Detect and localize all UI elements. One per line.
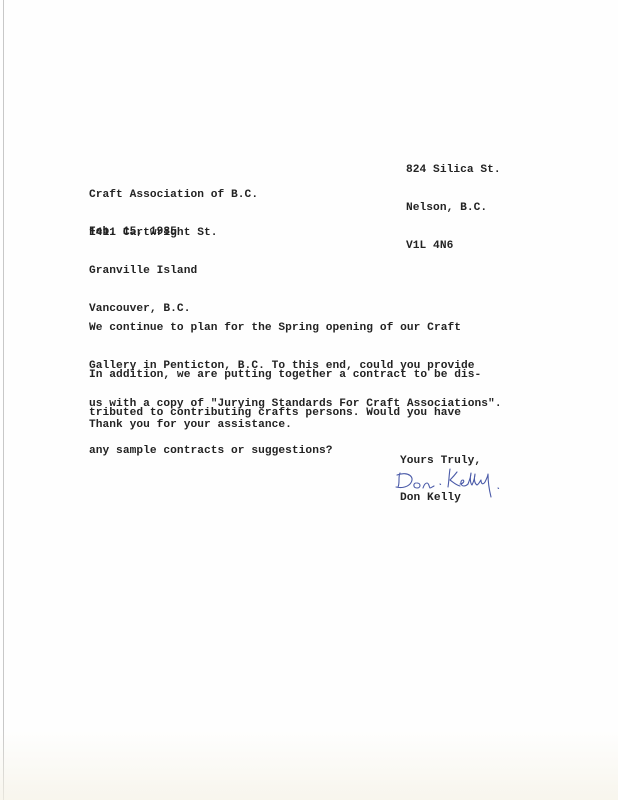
letter-page: 824 Silica St. Nelson, B.C. V1L 4N6 Craf…	[0, 0, 618, 800]
body-line: We continue to plan for the Spring openi…	[89, 322, 502, 335]
body-line: In addition, we are putting together a c…	[89, 369, 481, 382]
body-paragraph: Thank you for your assistance.	[89, 394, 292, 457]
sender-address: 824 Silica St. Nelson, B.C. V1L 4N6	[406, 139, 501, 278]
recipient-address-line: Craft Association of B.C.	[89, 189, 258, 202]
signer-name: Don Kelly	[400, 492, 461, 505]
sender-address-line: V1L 4N6	[406, 240, 501, 253]
body-line: Thank you for your assistance.	[89, 419, 292, 432]
recipient-address-line: Granville Island	[89, 265, 258, 278]
scan-shading	[0, 730, 618, 800]
sender-address-line: Nelson, B.C.	[406, 202, 501, 215]
letter-date: Feb. 15, 1985	[89, 226, 177, 239]
sender-address-line: 824 Silica St.	[406, 164, 501, 177]
scan-edge	[3, 0, 4, 800]
